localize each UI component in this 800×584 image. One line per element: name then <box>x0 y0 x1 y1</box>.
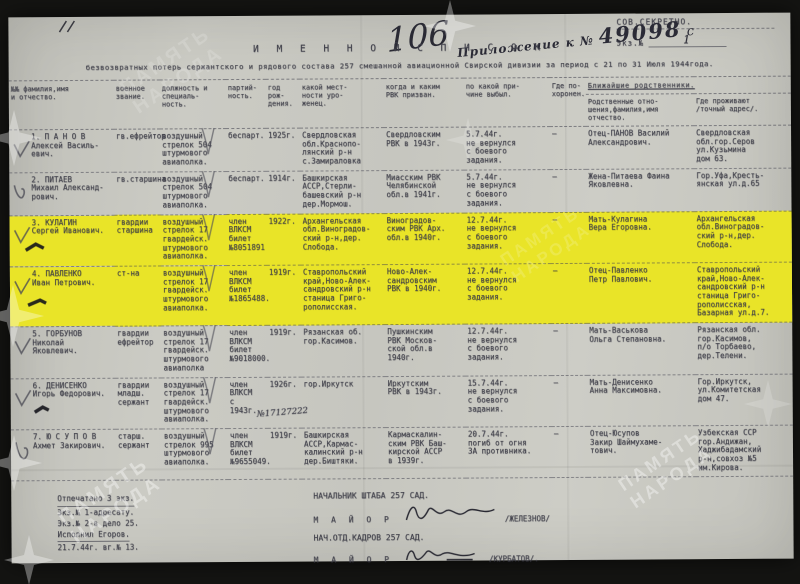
cell-text: 2. ПИТАЕВ Михаил Александ- рович. <box>31 175 103 202</box>
col-header-burial: Где по- хоронен. <box>550 77 586 126</box>
cell-birthplace: Башкирская АССР,Кармас- калинский р-н де… <box>302 428 386 480</box>
signatory-title: НАЧ.ОТД.КАДРОВ 257 САД. <box>314 532 551 542</box>
checkmark-annotation <box>200 169 216 199</box>
table-row: 7. Ю С У П О В Ахмет Закирович. старш. с… <box>11 425 793 481</box>
cell-birthplace: Ставропольский край,Ново-Алек- сандровск… <box>301 265 385 326</box>
cell-party: беспарт. <box>226 128 266 171</box>
table-row-highlighted: 3. КУЛАГИН Сергей Иванович. гвардии стар… <box>10 211 792 267</box>
print-note: Отпечатано 3 экз. Экз.№ 1-адресату. Экз.… <box>57 492 247 566</box>
cell-name: 1. П А Н О В Алексей Василь- евич. <box>9 129 114 172</box>
col-header-relative-address: Где проживают /точный адрес/. <box>694 93 791 126</box>
cell-address: Гор.Уфа,Кресть- янская ул.д.65 <box>694 168 791 211</box>
cell-name: 2. ПИТАЕВ Михаил Александ- рович. <box>9 172 114 215</box>
cell-rank: старш. сержант <box>116 429 162 481</box>
table-row: 1. П А Н О В Алексей Василь- евич. гв.еф… <box>9 125 791 173</box>
cell-burial: — <box>550 126 586 169</box>
cell-party: член ВЛКСМ билет №9018000. <box>227 325 267 377</box>
cell-relative: Мать-Кулагина Вера Егоровна. <box>587 211 695 263</box>
col-header-name: №№ фамилия,имя и отчество. <box>9 80 114 130</box>
cell-burial: — <box>551 263 587 323</box>
pencil-mark <box>26 297 48 309</box>
cell-specialty: воздушный стрелок 17 гвардейск. штурмово… <box>161 266 227 327</box>
cell-birthplace: Рязанская об. гор.Касимов. <box>301 325 385 377</box>
checkmark-annotation <box>200 126 216 156</box>
cell-text: 3. КУЛАГИН Сергей Иванович. <box>32 217 104 235</box>
print-note-line: Отпечатано 3 экз. <box>57 493 134 507</box>
checkmark-annotation <box>201 263 217 293</box>
cell-address: Свердловская обл.гор.Серов ул.Кузьмина д… <box>694 125 791 168</box>
cell-specialty: воздушный стрелок 17 гвардейск. штурмово… <box>162 377 228 429</box>
cell-rank: гвардии младш. сержант <box>116 377 162 429</box>
cell-text: 6. ДЕНИСЕНКО Игорь Федорович. <box>33 380 105 398</box>
cell-cause: 5.7.44г. не вернулся с боевого задания. <box>464 127 550 170</box>
cell-drafted: Пушкинским РВК Москов- ской обл.в 1940г. <box>385 324 465 376</box>
cell-birthyear: 1919г. <box>267 265 301 325</box>
cell-relative: Отец-Юсупов Закир Шаймухаме- тович. <box>588 426 696 478</box>
cell-drafted: Свердловским РВК в 1943г. <box>384 127 464 170</box>
cell-burial: — <box>550 169 586 212</box>
checkmark-annotation <box>14 389 34 407</box>
cell-text: член ВЛКСМ с 1943г. <box>230 379 257 414</box>
cell-rank: гв.старшина <box>114 172 160 215</box>
handwritten-annex-annotation: Приложение к № 49098 с <box>456 15 695 62</box>
checkmark-annotation <box>13 337 33 355</box>
document-scan: СОВ.СЕКРЕТНО. Экз.№ 1 Приложение к № 490… <box>8 13 793 564</box>
cell-rank: ст-на <box>115 266 161 326</box>
cell-drafted: Миасским РВК Челябинской обл.в 1941г. <box>384 170 464 213</box>
cell-cause: 12.7.44г. не вернулся с боевого задания. <box>465 324 551 376</box>
signature-scribble <box>403 544 483 566</box>
checkmark-annotation <box>12 140 32 158</box>
cell-name: 3. КУЛАГИН Сергей Иванович. <box>10 215 115 267</box>
pen-scribble <box>56 19 82 35</box>
cell-burial: — <box>552 375 588 427</box>
col-header-drafted: когда и каким РВК призван. <box>384 78 464 127</box>
cell-specialty: воздушный стрелок 504 штурмового авиапол… <box>160 129 226 172</box>
print-note-line: Исполнил Егоров. <box>57 529 129 543</box>
cell-text: 5. ГОРБУНОВ Николай Яковлевич. <box>32 329 82 356</box>
col-header-birthyear: год рож- дения. <box>266 79 300 128</box>
cell-birthplace: гор.Иркутск <box>302 376 386 428</box>
cell-cause: 12.7.44г. не вернулся с боевого задания. <box>465 264 551 325</box>
cell-relative: Мать-Васькова Ольга Степановна. <box>587 323 695 375</box>
cell-cause: 15.7.44г. не вернулся с боевого задания. <box>466 375 552 427</box>
cell-address: Узбекская ССР гор.Андижан, Хаджибадамски… <box>696 425 793 477</box>
checkmark-annotation <box>13 277 33 295</box>
cell-birthyear: 1922г. <box>267 214 301 266</box>
col-header-relative-name: Родственные отно- шения,фамилия,имя отче… <box>586 94 694 127</box>
checkmark-annotation <box>201 323 217 353</box>
table-row: 6. ДЕНИСЕНКО Игорь Федорович. гвардии мл… <box>11 374 793 430</box>
cell-rank: гв.ефрейтор <box>114 129 160 172</box>
cell-rank: гвардии ефрейтор <box>115 326 161 378</box>
col-header-rank: военное звание. <box>114 80 160 129</box>
cell-cause: 5.7.44г. не вернулся с боевого задания. <box>464 169 550 212</box>
col-header-birthplace: какой мест- ности уро- женец. <box>300 79 384 129</box>
cell-name: 6. ДЕНИСЕНКО Игорь Федорович. <box>11 378 116 430</box>
cell-address: Рязанская обл. гор.Касимов, п/о Торбаево… <box>695 322 792 374</box>
cell-birthyear: 1925г. <box>266 128 300 171</box>
cell-party: член ВЛКСМ с 1943г.№17127222 <box>228 377 268 429</box>
cell-address: Архангельская обл.Виноградов- ский р-н,д… <box>695 211 792 263</box>
cell-name: 4. ПАВЛЕНКО Иван Петрович. <box>10 266 115 327</box>
cell-address: Гор.Иркутск, ул.Комитетская дом 47. <box>696 374 793 426</box>
table-row-highlighted: 4. ПАВЛЕНКО Иван Петрович. ст-на воздушн… <box>10 262 792 327</box>
cell-relative: Жена-Питаева Фаина Яковлевна. <box>586 168 694 211</box>
cell-drafted: Иркутским РВК в 1943г. <box>386 376 466 428</box>
signature-scribble <box>403 502 499 527</box>
cell-party: беспарт. <box>226 171 266 214</box>
cell-address: Ставропольский край,Ново-Алек- сандровск… <box>695 262 792 323</box>
checkmark-annotation <box>202 375 218 405</box>
cell-drafted: Кармаскалин- ским РВК Баш- кирской АССР … <box>386 427 466 479</box>
pencil-mark <box>24 240 46 254</box>
document-subtitle: безвозвратных потерь сержантского и рядо… <box>9 59 791 73</box>
checkmark-annotation <box>12 183 32 201</box>
cell-birthyear: 1919г. <box>267 325 301 377</box>
signatory-rank: М А Й О Р <box>314 555 393 564</box>
cell-birthplace: Свердловская обл.Краснопо- лянский р-н с… <box>300 128 384 171</box>
cell-party: член ВЛКСМ билет №1865488. <box>227 265 267 325</box>
cell-text: 7. Ю С У П О В Ахмет Закирович. <box>33 432 105 450</box>
cell-birthplace: Башкирская АССР,Стерли- башевский р-н де… <box>300 170 384 213</box>
pencil-mark <box>33 405 51 415</box>
cell-cause: 20.7.44г. погиб от огня ЗА противника. <box>466 427 552 479</box>
cell-relative: Мать-Денисенко Анна Максимовна. <box>588 374 696 426</box>
cell-relative: Отец-Павленко Петр Павлович. <box>587 263 695 324</box>
signatory-name: /ЖЕЛЕЗНОВ/ <box>505 514 550 523</box>
cell-burial: — <box>551 212 587 264</box>
col-header-relatives-group: Ближайшие родственники. <box>586 76 791 94</box>
cell-specialty: воздушный стрелок 995 штурмового авиапол… <box>162 428 228 480</box>
cell-drafted: Виноградов- ским РВК Арх. обл.в 1940г. <box>385 213 465 265</box>
col-header-specialty: должность и специаль- ность. <box>160 80 226 129</box>
cell-relative: Отец-ПАНОВ Василий Александрович. <box>586 126 694 169</box>
cell-burial: — <box>552 426 588 478</box>
cell-party: член ВЛКСМ билет №9655049. <box>228 428 268 480</box>
checkmark-annotation <box>201 212 217 242</box>
signatory-rank: М А Й О Р <box>313 515 392 524</box>
annex-suffix: с <box>686 24 695 40</box>
table-row: 2. ПИТАЕВ Михаил Александ- рович. гв.ста… <box>9 168 791 216</box>
cell-drafted: Ново-Алек- сандровским РВК в 1940г. <box>385 264 465 325</box>
cell-birthplace: Архангельская обл.Виноградов- ский р-н,д… <box>301 213 385 265</box>
cell-birthyear: 1919г. <box>268 428 302 480</box>
cell-text: 1. П А Н О В Алексей Василь- евич. <box>31 132 99 159</box>
cell-rank: гвардии старшина <box>115 214 161 266</box>
cell-specialty: воздушный стрелок 17 гвардейск. штурмово… <box>161 326 227 378</box>
cell-text: 4. ПАВЛЕНКО Иван Петрович. <box>32 269 95 287</box>
checkmark-annotation <box>14 440 34 462</box>
cell-name: 5. ГОРБУНОВ Николай Яковлевич. <box>10 326 115 378</box>
signatory-name: /КУРБАТОВ/. <box>489 555 539 564</box>
checkmark-annotation <box>202 426 218 456</box>
cell-burial: — <box>551 323 587 375</box>
casualty-table: №№ фамилия,имя и отчество. военное звани… <box>9 76 793 482</box>
cell-birthyear: 1926г. <box>268 377 302 429</box>
cell-cause: 12.7.44г. не вернулся с боевого задания. <box>465 212 551 264</box>
cell-specialty: воздушный стрелок 17 гвардейск. штурмово… <box>161 214 227 266</box>
print-note-line: 21.7.44г. вг.№ 13. <box>58 541 248 553</box>
cell-specialty: воздушный стрелок 504 штурмового авиапол… <box>160 171 226 214</box>
signature-block: НАЧАЛЬНИК ШТАБА 257 САД. М А Й О Р /ЖЕЛЕ… <box>313 490 550 564</box>
signatory-title: НАЧАЛЬНИК ШТАБА 257 САД. <box>313 490 550 500</box>
cell-name: 7. Ю С У П О В Ахмет Закирович. <box>11 429 116 481</box>
cell-party: член ВЛКСМ билет №8051891 <box>227 214 267 266</box>
col-header-party: партий- ность. <box>226 79 266 128</box>
table-row: 5. ГОРБУНОВ Николай Яковлевич. гвардии е… <box>10 322 792 378</box>
col-header-cause: по какой при- чине выбыл. <box>464 78 550 128</box>
cell-birthyear: 1914г. <box>266 171 300 214</box>
